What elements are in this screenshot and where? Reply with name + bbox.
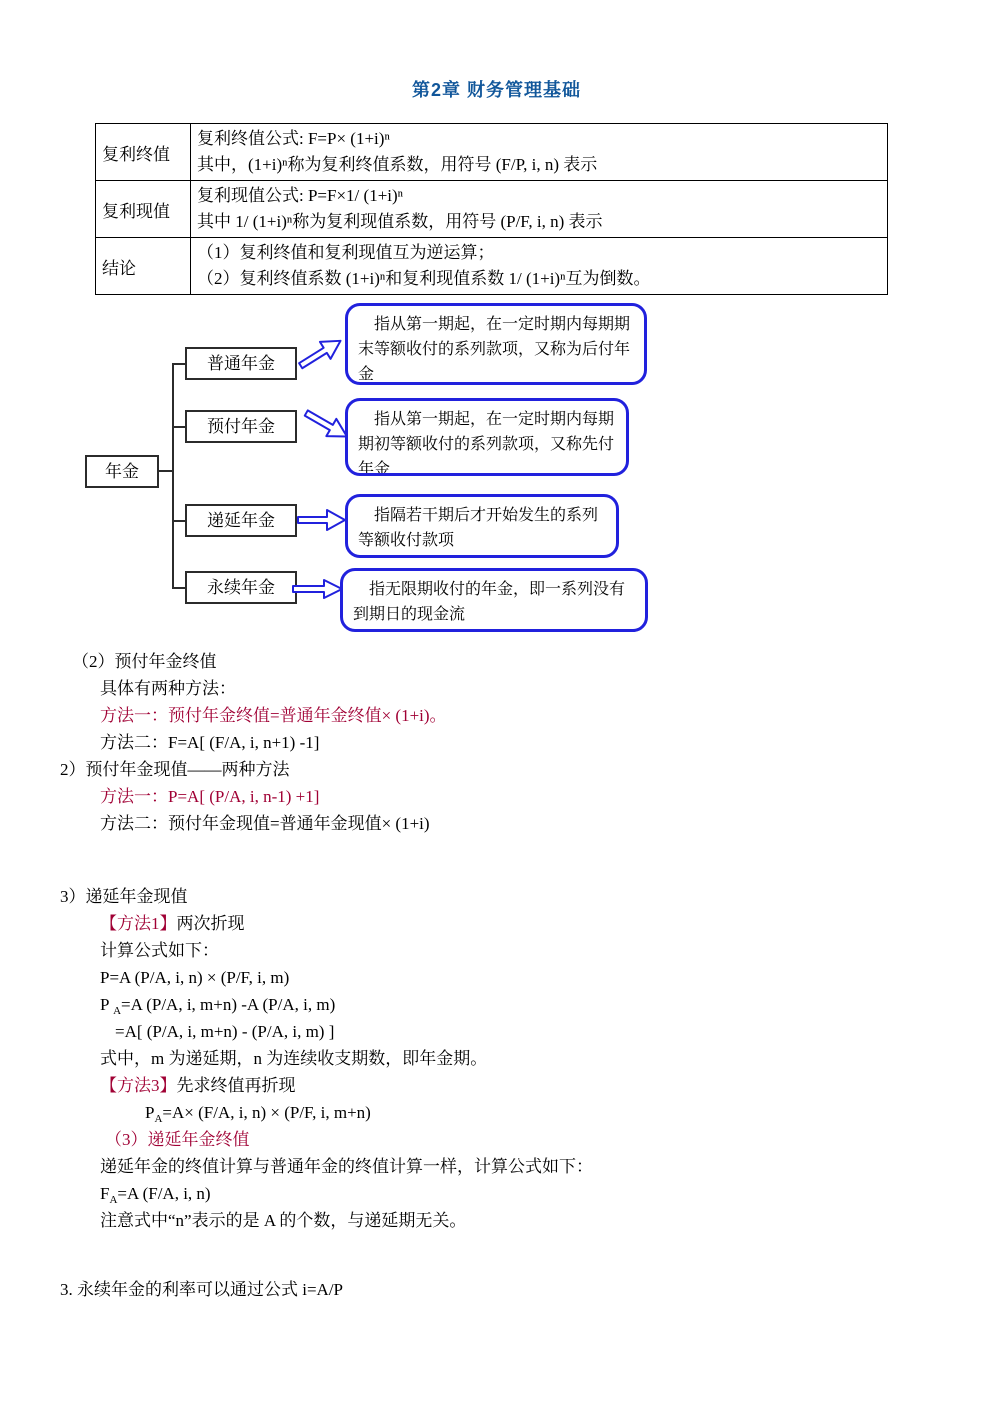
text-line: 计算公式如下： [100,937,993,964]
text-line: P=A (P/A, i, n) × (P/F, i, m) [100,964,993,991]
page-title: 第2章 财务管理基础 [0,76,993,102]
diagram-node-annuity-due: 预付年金 [185,410,297,443]
text-line: 递延年金的终值计算与普通年金的终值计算一样，计算公式如下： [100,1153,993,1180]
cell-line: 复利现值公式: P=F×1/ (1+i)ⁿ [197,183,883,209]
text-line: 方法一：预付年金终值=普通年金终值× (1+i)。 [100,702,993,729]
callout-ordinary-annuity: 指从第一期起，在一定时期内每期期末等额收付的系列款项，又称为后付年金 [345,303,647,385]
text-segment: 方法一：P=A[ (P/A, i, n-1) +1] [100,787,319,806]
callout-annuity-due: 指从第一期起，在一定时期内每期期初等额收付的系列款项，又称先付年金 [345,398,629,476]
row-content: 复利终值公式: F=P× (1+i)ⁿ 其中，(1+i)ⁿ称为复利终值系数，用符… [191,124,888,181]
text-line: 方法二：F=A[ (F/A, i, n+1) -1] [100,729,993,756]
callout-deferred-annuity: 指隔若干期后才开始发生的系列等额收付款项 [345,494,619,558]
text-segment: （3）递延年金终值 [105,1130,250,1149]
text-segment: =A[ (P/A, i, m+n) - (P/A, i, m) ] [115,1022,334,1041]
table-row: 结论 （1）复利终值和复利现值互为逆运算； （2）复利终值系数 (1+i)ⁿ和复… [96,238,888,295]
text-segment: 注意式中“n”表示的是 A 的个数，与递延期无关。 [100,1211,466,1230]
text-segment: 方法二：F=A[ (F/A, i, n+1) -1] [100,733,319,752]
text-segment: 方法一：预付年金终值=普通年金终值× (1+i)。 [100,706,447,725]
cell-line: （1）复利终值和复利现值互为逆运算； [197,240,883,266]
arrow-up-right-icon [293,329,349,378]
arrow-right-icon [292,578,344,600]
diagram-root-node: 年金 [85,455,159,488]
connector-line [172,520,185,522]
text-line: 方法一：P=A[ (P/A, i, n-1) +1] [100,783,993,810]
text-line: 3）递延年金现值 [60,883,993,910]
cell-line: 其中，(1+i)ⁿ称为复利终值系数，用符号 (F/P, i, n) 表示 [197,152,883,178]
cell-line: 复利终值公式: F=P× (1+i)ⁿ [197,126,883,152]
connector-line [172,587,185,589]
text-line: P A=A (P/A, i, m+n) -A (P/A, i, m) [100,991,993,1018]
document-page: { "title": {"text": "第2章 财务管理基础", "color… [0,0,993,1404]
text-segment: P [100,995,113,1014]
text-segment: 计算公式如下： [100,941,219,960]
cell-line: 其中 1/ (1+i)ⁿ称为复利现值系数，用符号 (P/F, i, n) 表示 [197,209,883,235]
formula-table: 复利终值 复利终值公式: F=P× (1+i)ⁿ 其中，(1+i)ⁿ称为复利终值… [95,123,888,295]
text-segment: =A× (F/A, i, n) × (P/F, i, m+n) [162,1103,370,1122]
text-segment: =A (F/A, i, n) [117,1184,210,1203]
connector-line [172,426,185,428]
row-label: 复利现值 [96,181,191,238]
connector-line [172,363,174,589]
text-segment: A [113,1005,121,1017]
text-line: 式中，m 为递延期，n 为连续收支期数，即年金期。 [100,1045,993,1072]
arrow-right-icon [297,507,347,533]
text-line: （2）预付年金终值 [72,648,993,675]
text-line: FA=A (F/A, i, n) [100,1180,993,1207]
text-line: 【方法3】先求终值再折现 [100,1072,993,1099]
text-line: 注意式中“n”表示的是 A 的个数，与递延期无关。 [100,1207,993,1234]
row-content: （1）复利终值和复利现值互为逆运算； （2）复利终值系数 (1+i)ⁿ和复利现值… [191,238,888,295]
row-content: 复利现值公式: P=F×1/ (1+i)ⁿ 其中 1/ (1+i)ⁿ称为复利现值… [191,181,888,238]
text-segment: 3. 永续年金的利率可以通过公式 i=A/P [60,1280,343,1299]
connector-line [157,470,173,472]
text-segment: （2）预付年金终值 [72,652,217,671]
text-segment: =A (P/A, i, m+n) -A (P/A, i, m) [121,995,335,1014]
body-text: （2）预付年金终值具体有两种方法：方法一：预付年金终值=普通年金终值× (1+i… [0,648,993,1303]
text-line: 具体有两种方法： [100,675,993,702]
text-segment: 递延年金的终值计算与普通年金的终值计算一样，计算公式如下： [100,1157,593,1176]
text-line: =A[ (P/A, i, m+n) - (P/A, i, m) ] [115,1018,993,1045]
text-line: 方法二：预付年金现值=普通年金现值× (1+i) [100,810,993,837]
text-line: 2）预付年金现值——两种方法 [60,756,993,783]
text-segment: 式中，m 为递延期，n 为连续收支期数，即年金期。 [100,1049,487,1068]
cell-line: （2）复利终值系数 (1+i)ⁿ和复利现值系数 1/ (1+i)ⁿ互为倒数。 [197,266,883,292]
text-segment: 具体有两种方法： [100,679,236,698]
diagram-node-ordinary-annuity: 普通年金 [185,347,297,380]
text-line: 3. 永续年金的利率可以通过公式 i=A/P [60,1276,993,1303]
text-segment: P=A (P/A, i, n) × (P/F, i, m) [100,968,289,987]
text-segment: 【方法3】 [100,1076,177,1095]
text-segment: 3）递延年金现值 [60,887,188,906]
diagram-node-deferred-annuity: 递延年金 [185,504,297,537]
connector-line [172,363,185,365]
text-segment: 2）预付年金现值——两种方法 [60,760,290,779]
text-segment: 【方法1】 [100,914,177,933]
text-line: 【方法1】两次折现 [100,910,993,937]
text-line: （3）递延年金终值 [105,1126,993,1153]
text-segment: 两次折现 [177,914,245,933]
text-segment: 先求终值再折现 [177,1076,296,1095]
row-label: 结论 [96,238,191,295]
text-line: PA=A× (F/A, i, n) × (P/F, i, m+n) [145,1099,993,1126]
diagram-node-perpetuity: 永续年金 [185,571,297,604]
row-label: 复利终值 [96,124,191,181]
callout-perpetuity: 指无限期收付的年金，即一系列没有到期日的现金流 [340,568,648,632]
table-row: 复利现值 复利现值公式: P=F×1/ (1+i)ⁿ 其中 1/ (1+i)ⁿ称… [96,181,888,238]
table-row: 复利终值 复利终值公式: F=P× (1+i)ⁿ 其中，(1+i)ⁿ称为复利终值… [96,124,888,181]
text-segment: 方法二：预付年金现值=普通年金现值× (1+i) [100,814,430,833]
